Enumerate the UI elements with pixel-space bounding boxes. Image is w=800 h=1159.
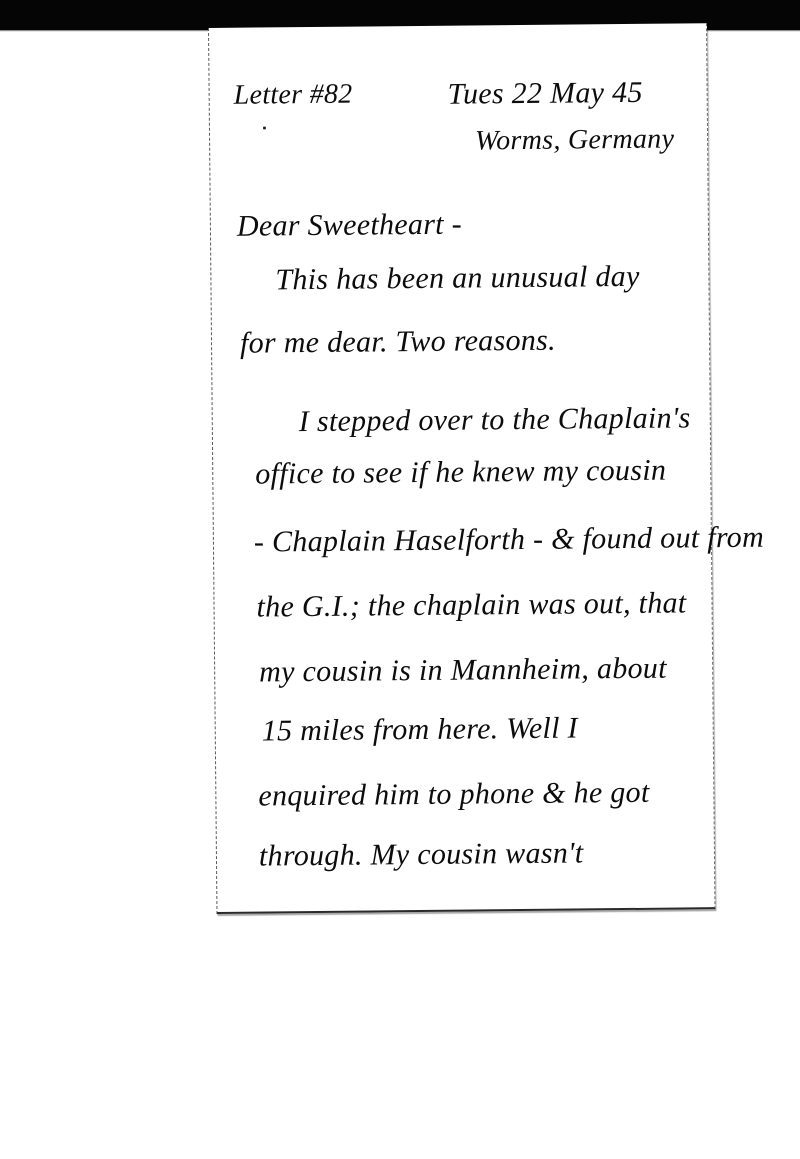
letter-line-2: for me dear. Two reasons. bbox=[240, 324, 556, 361]
letter-line-5: - Chaplain Haselforth - & found out from bbox=[254, 521, 764, 560]
salutation: Dear Sweetheart - bbox=[237, 208, 462, 244]
letter-line-9: enquired him to phone & he got bbox=[258, 776, 649, 814]
letter-line-10: through. My cousin wasn't bbox=[259, 836, 584, 873]
ink-speck bbox=[263, 126, 266, 129]
letter-line-1: This has been an unusual day bbox=[275, 260, 640, 297]
letter-line-3: I stepped over to the Chaplain's bbox=[299, 401, 691, 439]
letter-line-7: my cousin is in Mannheim, about bbox=[259, 652, 667, 690]
letter-line-4: office to see if he knew my cousin bbox=[255, 454, 666, 492]
letter-line-8: 15 miles from here. Well I bbox=[262, 711, 578, 748]
letter-date: Tues 22 May 45 bbox=[447, 76, 642, 112]
letter-page: Letter #82 Tues 22 May 45 Worms, Germany… bbox=[208, 23, 715, 914]
letter-line-6: the G.I.; the chaplain was out, that bbox=[256, 586, 686, 624]
letter-number: Letter #82 bbox=[233, 79, 352, 112]
letter-place: Worms, Germany bbox=[475, 124, 674, 158]
